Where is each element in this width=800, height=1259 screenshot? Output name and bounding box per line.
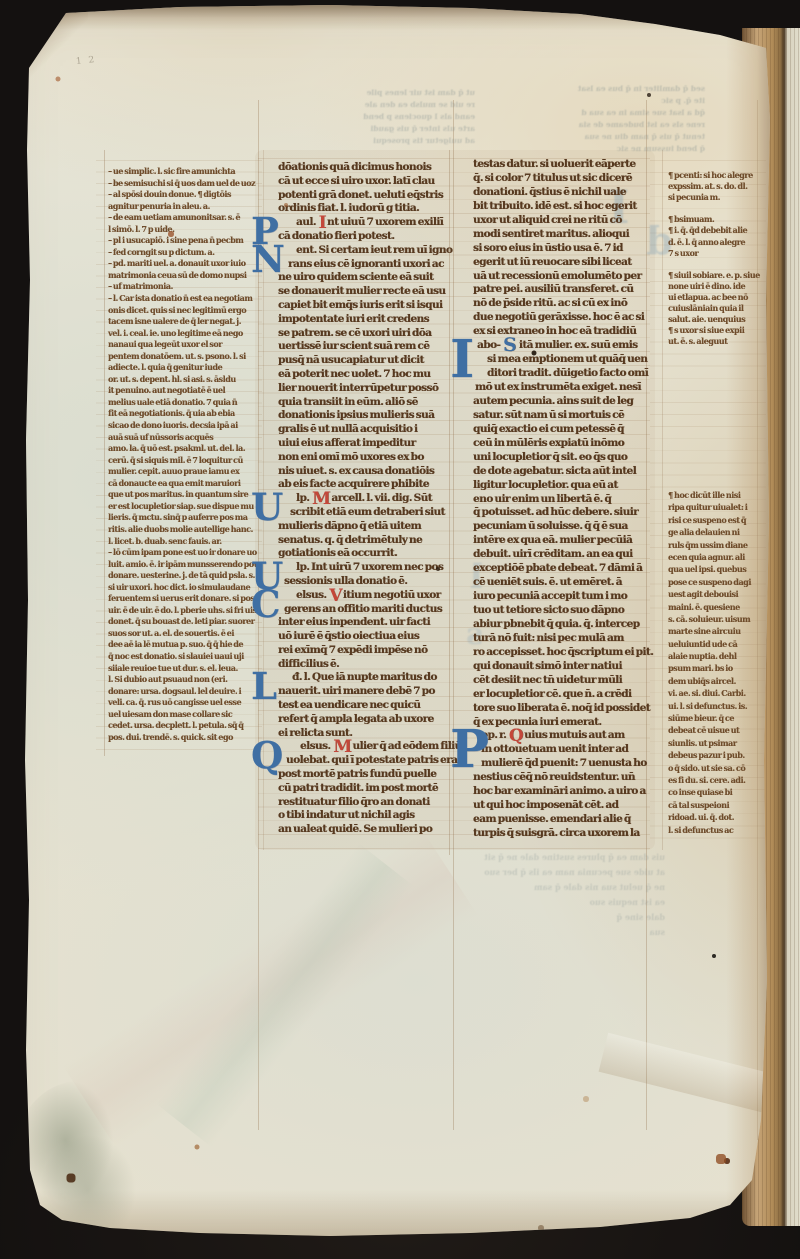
text-line: post mortē patris fundū puelle xyxy=(278,768,450,782)
text-line: it penuino. aut negotiatē ē uel xyxy=(108,385,276,397)
text-line: gerens an offitio mariti ductus xyxy=(278,603,450,617)
text-line: dee aē ia lē mutua p. suo. q̄ q̄ hie de xyxy=(108,639,276,651)
text-line: Nent. Si certam ieut rem uī igno xyxy=(278,244,450,258)
text-line: suos sor ut. a. el. de souertis. ē ei xyxy=(108,628,276,640)
text-line: amo. la. q̄ uō est. psakml. ut. del. la. xyxy=(108,443,276,455)
text-line: senatus. q. q̄ detrimētuly ne xyxy=(278,534,450,548)
text-line: uertissē iur scient suā rem cē xyxy=(278,340,450,354)
text-line: cerū. q̄ si siquis mil. ē 7 loquitur cū xyxy=(108,455,276,467)
text-line: ruls q̄m ussim diane xyxy=(668,539,762,551)
text-line: sicao de dono iuoris. decsia ipā ai xyxy=(108,420,276,432)
text-line: d. ē. l. q̄ anno alegre xyxy=(668,237,762,248)
text-line: o q̄ sido. ut sie sa. cō xyxy=(668,762,762,774)
manuscript-photo: 1 2 ut q̄ dam ist uir lenes pilere uid s… xyxy=(0,0,800,1259)
text-line: arte uls inter q̄ uis gaudi xyxy=(295,124,475,136)
text-line: ¶ i. q̄. q̄d debebit alie xyxy=(668,225,762,236)
text-line: eand als l quociens p bend xyxy=(295,112,475,124)
text-line: uā ut recessionū emolumēto per xyxy=(473,270,649,284)
text-line: se donauerit mulier recte eā usu xyxy=(278,285,450,299)
text-line: tore suo liberata ē. noq̄ id possidet xyxy=(473,702,649,716)
text-line: eam puenisse. emendari alie q̄ xyxy=(473,813,649,827)
text-line: fit eā negotiationis. q̄ uia ab ebia xyxy=(108,408,276,420)
text-line: Iabo- S itā mulier. ex. suū emis xyxy=(473,339,649,353)
text-line: gotiationis eā occurrit. xyxy=(278,547,450,561)
text-line: donationis ipsius mulieris suā xyxy=(278,409,450,423)
text-line: uolebat. qui ī potestate patris erat xyxy=(278,754,450,768)
text-line: vel. i. ceal. ie. uno legitime eā nego xyxy=(108,328,276,340)
text-line: melius uale etiā donatio. 7 quia n̄ xyxy=(108,397,276,409)
text-line: none uiri ē dino. ide xyxy=(668,281,762,292)
text-line: – l. Car ista donatio n̄ est ea negotiam xyxy=(108,293,276,305)
text-line: ge alia delauien ni xyxy=(668,526,762,538)
page-top-edge xyxy=(20,4,770,30)
text-line: siūme bieur. q̄ ce xyxy=(668,712,762,724)
text-line: modi sentiret maritus. alioqui xyxy=(473,228,649,242)
text-line: es fi du. si. cere. adi. xyxy=(668,774,762,786)
text-line: uel uiesam don mase collare sic xyxy=(108,709,276,721)
text-line: uni locupletior q̄ sit. eo q̄s quo xyxy=(473,451,649,465)
text-line: Pop. r. Quius mutuis aut am xyxy=(473,729,649,743)
text-line: due negotiū gerāxisse. hoc ē ac si xyxy=(473,311,649,325)
text-line: difficilius ē. xyxy=(278,658,450,672)
text-line: restituatur filio q̄ro an donati xyxy=(278,796,450,810)
text-line: eno uir enim un libertā ē. q̄ xyxy=(473,493,649,507)
text-line: pecuniam ū soluisse. q̄ q̄ ē sua xyxy=(473,520,649,534)
text-line: onis dicet. quis si nec legitimū ergo xyxy=(108,305,276,317)
text-line: scribit etiā eum detraberi siut xyxy=(278,506,450,520)
text-line: in ottouetuam uenit inter ad xyxy=(473,743,649,757)
text-line: rene sls ea ist budeame de sia xyxy=(495,120,705,132)
main-text-column-1: dōationis quā dicimus honoiscā ut ecce s… xyxy=(278,161,450,837)
text-line: siunlis. ut psimar xyxy=(668,737,762,749)
text-line: pusq̄ nā usucapiatur ut dicit xyxy=(278,354,450,368)
text-line: refert q̄ ampla legata ab uxore xyxy=(278,713,450,727)
text-line: si soro eius in ūstio usa ē. 7 id xyxy=(473,242,649,256)
text-line: co inse quiase bi xyxy=(668,786,762,798)
text-line: debeus pazur i pub. xyxy=(668,749,762,761)
text-line: cū patri tradidit. im post mortē xyxy=(278,782,450,796)
text-line: ecen quia agnur. ali xyxy=(668,551,762,563)
text-line: ceū in mūlēris expiatū inōmo xyxy=(473,437,649,451)
text-line: turā nō fuit: nisi pec mulā am xyxy=(473,632,649,646)
text-line: ab eis facte acquirere phibite xyxy=(278,478,450,492)
text-line: uō iurē ē q̄stio oiectiua eius xyxy=(278,630,450,644)
text-line: de dote agebatur. sicta aūt intel xyxy=(473,465,649,479)
text-line: satur. sūt nam ū si mortuis cē xyxy=(473,409,649,423)
show-through-text-block: sed q̄ damliter in q̄ bus ea lsatite q̄.… xyxy=(495,84,705,156)
text-line: ligitur locupletior. qua eū at xyxy=(473,479,649,493)
text-line: – ue simplic. l. sic fire amunichta xyxy=(108,166,276,178)
text-line: cā donatio fieri potest. xyxy=(278,230,450,244)
illuminated-initial: I xyxy=(450,334,474,386)
text-line: bit tribuito. idē est. si hoc egerit xyxy=(473,200,649,214)
text-line: auā suā uf nūssoris acquēs xyxy=(108,432,276,444)
text-line: testas datur. si uoluerit eāperte xyxy=(473,158,649,172)
text-line: or. ut. s. depent. hl. si asi. s. āsldu xyxy=(108,374,276,386)
text-line: uest agit debouisi xyxy=(668,588,762,600)
illuminated-initial: L xyxy=(251,668,276,705)
text-line: abiur pbnebit q̄ quia. q̄. intercep xyxy=(473,618,649,632)
text-line: egerit ut iū reuocare sibi liceat xyxy=(473,256,649,270)
text-line: tacem isne ualere de q̄ ler negat. j. xyxy=(108,316,276,328)
text-line: – al spōsi douin donue. ¶ digtōis xyxy=(108,189,276,201)
text-line: quia transiit in eūm. aliō sē xyxy=(278,396,450,410)
text-line: mulierē q̄d puenit: 7 uenusta ho xyxy=(473,757,649,771)
text-line: donationi. q̄stius ē nichil uale xyxy=(473,186,649,200)
text-line: q̄. si color 7 titulus ut sic dicerē xyxy=(473,172,649,186)
text-line: nanaui qua legeūt uxor el sor xyxy=(108,339,276,351)
text-line: mō ut ex instrumēta exiget. nesī xyxy=(473,381,649,395)
text-line: turpis q̄ suisgrā. circa uxorem la xyxy=(473,827,649,841)
text-line: ¶ s uxor si siue expii xyxy=(668,325,762,336)
text-line: debeat cē uisue ut xyxy=(668,724,762,736)
text-line: alaie nuptia. dehl xyxy=(668,650,762,662)
text-line: si pecunia m. xyxy=(668,192,762,203)
text-line: iuro pecuniā accepit tum i mo xyxy=(473,590,649,604)
text-line: nauerit. uiri manere debē 7 po xyxy=(278,685,450,699)
text-line: ut qui hoc imposenāt cēt. ad xyxy=(473,799,649,813)
text-line: ne uiro quidem sciente eā suit xyxy=(278,271,450,285)
vertical-ruling xyxy=(104,150,105,756)
text-line: sessionis ulla donatio ē. xyxy=(278,575,450,589)
text-line: autem pecunia. ains suit de leg xyxy=(473,395,649,409)
text-line: cedet. ursa. decplett. l. petula. sq̄ q̄ xyxy=(108,720,276,732)
text-line: potenti grā donet. ueluti eq̄stris xyxy=(278,189,450,203)
main-text-column-2: testas datur. si uoluerit eāperteq̄. si … xyxy=(473,158,649,841)
text-line: quiq̄ exactio ei cum petessē q̄ xyxy=(473,423,649,437)
text-line: cā ut ecce si uiro uxor. latī clau xyxy=(278,175,450,189)
text-line: s. cā. soluieur. uisum xyxy=(668,613,762,625)
text-line: ui etlapua. ac bee nō xyxy=(668,292,762,303)
text-line: patre pei. ausiliū transferet. cū xyxy=(473,283,649,297)
text-line: sed q̄ damliter in q̄ bus ea lsat xyxy=(495,84,705,96)
illuminated-initial: N xyxy=(251,241,284,278)
text-line: q̄ ex pecunia iuri emerat. xyxy=(473,716,649,730)
text-line: ¶ hoc dicūt ille nisi xyxy=(668,489,762,501)
text-line: gralis ē ut nullā acquisitio i xyxy=(278,423,450,437)
text-line: capiet bit emq̄s iuris erit si isqui xyxy=(278,299,450,313)
text-line: mulieris dāpno q̄ etiā uitem xyxy=(278,520,450,534)
text-line: Celsus. Vitium negotiū uxor xyxy=(278,589,450,603)
text-line: inter eius inpendent. uir facti xyxy=(278,616,450,630)
text-line: 7 s uxor xyxy=(668,248,762,259)
text-line: ¶ bsimuam. xyxy=(668,214,762,225)
text-line: Ulp. Int uirū 7 uxorem nec pos xyxy=(278,561,450,575)
text-line: expssim. at. s. do. dl. xyxy=(668,181,762,192)
illuminated-initial: U xyxy=(251,489,283,526)
text-line: nō de p̄side ritū. ac si cū ex inō xyxy=(473,297,649,311)
text-line: ite q̄. p sic xyxy=(495,96,705,108)
text-line: non eni omī mō uxores ex bo xyxy=(278,451,450,465)
text-line: ripa quitur uiualet: i xyxy=(668,501,762,513)
parchment-page: 1 2 ut q̄ dam ist uir lenes pilere uid s… xyxy=(0,0,800,1259)
text-line: vi. ae. si. diui. Carbi. xyxy=(668,687,762,699)
text-line: ditori tradit. dūigetio facto omī xyxy=(473,367,649,381)
text-line: ex si extraneo in hoc eā tradidiū xyxy=(473,325,649,339)
text-line: er locupletior cē. que n̄. a crēdi xyxy=(473,688,649,702)
text-line xyxy=(668,203,762,214)
text-line: cā tal suspeioni xyxy=(668,799,762,811)
text-line: maini. ē. quesiene xyxy=(668,601,762,613)
text-line: Ulp. Marcell. l. vii. dig. Sūt xyxy=(278,492,450,506)
text-line: l. si defunctus ac xyxy=(668,824,762,836)
text-line: re uid se mulsb ea den ale xyxy=(295,100,475,112)
text-line: ei relicta sunt. xyxy=(278,727,450,741)
corner-pencil-mark: 1 2 xyxy=(76,55,97,67)
text-line: ut q̄ dam ist uir lenes pile xyxy=(295,88,475,100)
text-line: tuo ut tetiore sicto suo dāpno xyxy=(473,604,649,618)
text-line: nis uiuet. s. ex causa donatiōis xyxy=(278,465,450,479)
text-line: qua uel ipsi. quebus xyxy=(668,563,762,575)
right-gloss-column-bottom: ¶ hoc dicūt ille nisiripa quitur uiualet… xyxy=(668,489,762,836)
illuminated-initial: P xyxy=(450,724,489,776)
text-line: debuit. uirī crēditam. an ea qui xyxy=(473,548,649,562)
text-line: cuiuslāniain quia il xyxy=(668,303,762,314)
text-line: ro accepisset. hoc q̄scriptum ei pit. xyxy=(473,646,649,660)
text-line: salut. aie. uenquius xyxy=(668,314,762,325)
text-line xyxy=(668,259,762,270)
text-line: exceptiōē pbate debeat. 7 dāmi ā xyxy=(473,562,649,576)
text-line: marte sine aircuiu xyxy=(668,625,762,637)
right-gloss-column-top: ¶ pcenti: si hoc alegreexpssim. at. s. d… xyxy=(668,170,762,348)
text-line: lier nouerit interrūpetur possō xyxy=(278,382,450,396)
ink-specks xyxy=(0,0,2,2)
text-line: impotentate iuri erit credens xyxy=(278,313,450,327)
text-line: o tibi indatur ut nichil agis xyxy=(278,809,450,823)
text-line: – uf matrimonia. xyxy=(108,281,276,293)
page-corner-cut xyxy=(18,2,88,80)
text-line: mulier. cepit. auuo praue iamu ex xyxy=(108,466,276,478)
text-line: pentem donatōem. ut. s. psono. l. si xyxy=(108,351,276,363)
text-line: se patrem. se cē uxori uiri dōa xyxy=(278,327,450,341)
text-line: si mea emptionem ut quāq̄ uen xyxy=(473,353,649,367)
text-line: q̄ potuisset. ad hūc debere. siuir xyxy=(473,506,649,520)
text-line: uiui eius afferat impeditur xyxy=(278,437,450,451)
show-through-text-block: ut q̄ dam ist uir lenes pilere uid se mu… xyxy=(295,88,475,148)
text-line: rans eius cē ignoranti uxori ac xyxy=(278,258,450,272)
text-line: pose ce suspeno dagi xyxy=(668,576,762,588)
text-line: eā poterit nec uolet. 7 hoc mu xyxy=(278,368,450,382)
text-line: cēt desiit nec tn̄ uidetur mūli xyxy=(473,674,649,688)
text-line: q̄ bend iussum ne sic xyxy=(495,144,705,156)
text-line: q̄ noc est donatio. si slauiei uaui uji xyxy=(108,651,276,663)
text-line: adiecte. l. quia q̄ genitur iude xyxy=(108,362,276,374)
text-line: tenut q̄ uis q̄ nam diu ne sua xyxy=(495,132,705,144)
text-line: dem ubiq̄s aircel. xyxy=(668,675,762,687)
text-line: intēre ex qua eā. mulier pecūiā xyxy=(473,534,649,548)
text-line: ridoad. ui. q̄. dot. xyxy=(668,811,762,823)
text-line: uxor ut aliquid crei ne ritū cō xyxy=(473,214,649,228)
text-line: – be semisuchi si q̄ uos dam uel de uoz xyxy=(108,178,276,190)
text-line: ¶ pcenti: si hoc alegre xyxy=(668,170,762,181)
text-line: test ea uendicare nec quicū xyxy=(278,699,450,713)
text-line: cē ueniēt suis. ē. ut emēret. ā xyxy=(473,576,649,590)
illuminated-initial: C xyxy=(251,586,280,623)
text-line: Paul. Int uiuū 7 uxorem exiliī xyxy=(278,216,450,230)
text-line: ¶ siuil sobiare. e. p. siue xyxy=(668,270,762,281)
illuminated-initial: Q xyxy=(251,737,283,774)
text-line: ordinis fiat. l. iudorū g titia. xyxy=(278,202,450,216)
text-line: ui. l. si defunctus. is. xyxy=(668,700,762,712)
vertical-ruling xyxy=(453,100,454,1130)
text-line: hoc bar examināri animo. a uiro a xyxy=(473,785,649,799)
text-line: Qelsus. Mulier q̄ ad eōdem filiū xyxy=(278,740,450,754)
text-line: dōationis quā dicimus honois xyxy=(278,161,450,175)
text-line: nestius cēq̄ nō reuidstentur. un̄ xyxy=(473,771,649,785)
text-line: q̄d a lsat sue sima in ea sua d xyxy=(495,108,705,120)
text-line: psum mari. bs io xyxy=(668,662,762,674)
text-line: qui donauit simō inter natiui xyxy=(473,660,649,674)
text-line: ueluiuntid ude cā xyxy=(668,638,762,650)
text-line: Lđ. l. Que iā nupte maritus do xyxy=(278,671,450,685)
text-line: l. licet. b. duab. senc fauis. ar. xyxy=(108,536,276,548)
text-line: ad uulgetur tis prosequi xyxy=(295,136,475,148)
text-line: rei exīmq̄ 7 expēdi impēse nō xyxy=(278,644,450,658)
text-line: risi ce suspeno est q̄ xyxy=(668,514,762,526)
text-line: ut. ē. s. aleguut xyxy=(668,336,762,347)
